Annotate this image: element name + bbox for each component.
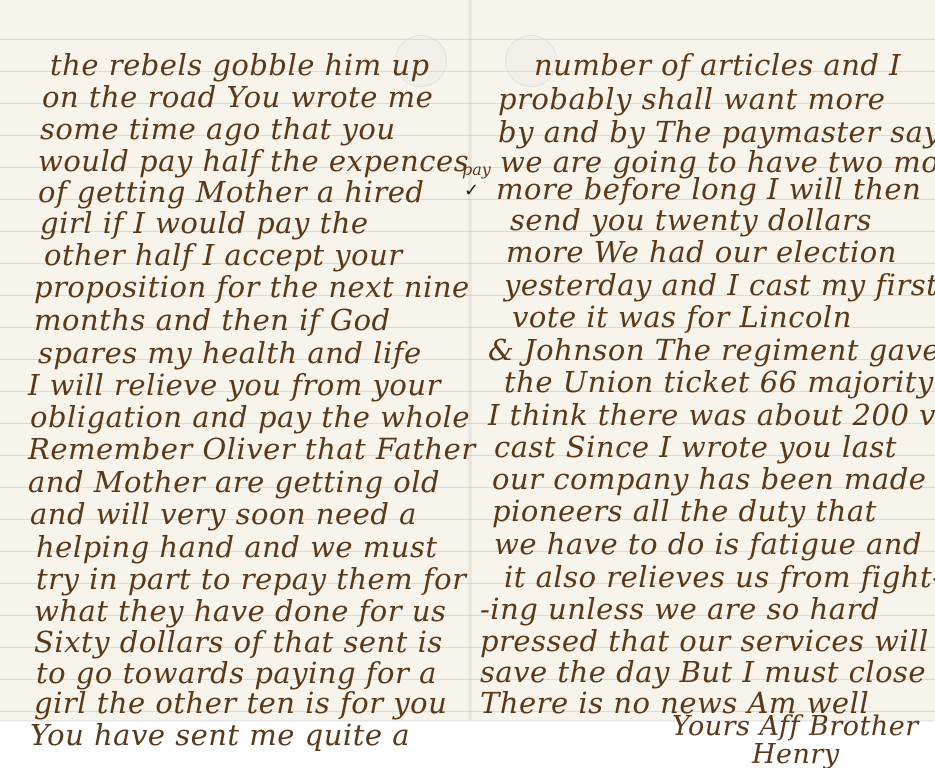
- text-line: months and then if God: [34, 303, 391, 337]
- right-page: number of articles and I probably shall …: [472, 0, 935, 720]
- text-line: girl the other ten is for you: [34, 686, 447, 720]
- text-line: we have to do is fatigue and: [494, 527, 922, 561]
- text-line: to go towards paying for a: [36, 656, 437, 690]
- text-line: cast Since I wrote you last: [494, 430, 897, 464]
- text-line: pioneers all the duty that: [492, 494, 877, 528]
- text-line: on the road You wrote me: [42, 80, 433, 114]
- text-line: proposition for the next nine: [34, 270, 470, 304]
- text-line: other half I accept your: [44, 238, 403, 272]
- text-line: try in part to repay them for: [36, 562, 466, 596]
- text-line: Sixty dollars of that sent is: [34, 625, 443, 659]
- text-line: our company has been made: [492, 462, 926, 496]
- text-line: yesterday and I cast my first: [504, 268, 935, 302]
- text-line: spares my health and life: [38, 336, 422, 370]
- text-line: girl if I would pay the: [40, 206, 369, 240]
- text-line: and Mother are getting old: [28, 465, 440, 499]
- check-mark-icon: ✓: [464, 180, 479, 201]
- text-line: number of articles and I: [534, 48, 901, 82]
- text-line: -ing unless we are so hard: [480, 592, 880, 626]
- text-line: I think there was about 200 votes: [488, 398, 935, 432]
- letter-sheet: the rebels gobble him up on the road You…: [0, 0, 935, 720]
- text-line: by and by The paymaster says: [498, 115, 935, 149]
- text-line: and will very soon need a: [30, 497, 417, 531]
- text-line: & Johnson The regiment gave: [488, 333, 935, 367]
- text-line: pressed that our services will: [480, 624, 929, 658]
- text-line: of getting Mother a hired: [38, 175, 424, 209]
- text-line: more before long I will then: [496, 172, 921, 206]
- text-line: more We had our election: [506, 235, 897, 269]
- text-line: vote it was for Lincoln: [512, 300, 852, 334]
- text-line: You have sent me quite a: [30, 718, 410, 752]
- text-line: some time ago that you: [40, 112, 396, 146]
- text-line: probably shall want more: [498, 82, 885, 116]
- text-line: send you twenty dollars: [510, 203, 872, 237]
- text-line: the rebels gobble him up: [50, 48, 430, 82]
- left-page: the rebels gobble him up on the road You…: [0, 0, 468, 720]
- text-line: would pay half the expences: [38, 144, 469, 178]
- text-line: the Union ticket 66 majority: [504, 365, 934, 399]
- text-line: I will relieve you from your: [28, 368, 441, 402]
- margin-note: pay: [462, 160, 491, 179]
- text-line: obligation and pay the whole: [30, 400, 470, 434]
- text-line: save the day But I must close: [480, 655, 926, 689]
- text-line: helping hand and we must: [36, 530, 438, 564]
- text-line: what they have done for us: [34, 594, 446, 628]
- text-line: Remember Oliver that Father: [28, 432, 476, 466]
- signature: Henry: [752, 738, 840, 768]
- text-line: it also relieves us from fight-: [504, 560, 935, 594]
